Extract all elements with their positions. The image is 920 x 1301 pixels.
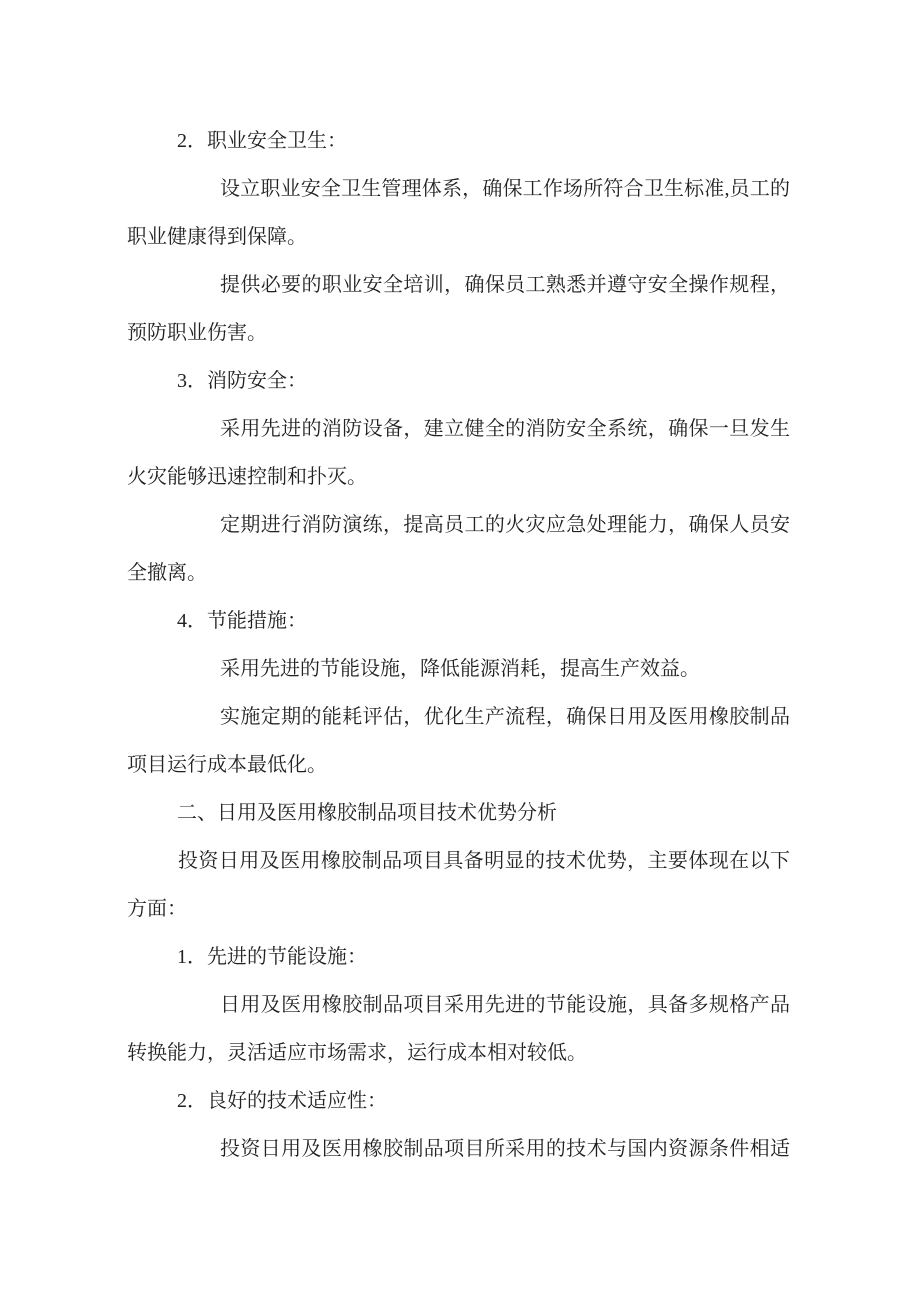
text-line: 投资日用及医用橡胶制品项目所采用的技术与国内资源条件相适: [127, 1125, 790, 1173]
text-line: 定期进行消防演练，提高员工的火灾应急处理能力，确保人员安: [127, 501, 790, 549]
document-text-block: 2．职业安全卫生：设立职业安全卫生管理体系，确保工作场所符合卫生标准,员工的职业…: [127, 117, 790, 1173]
text-line: 设立职业安全卫生管理体系，确保工作场所符合卫生标准,员工的: [127, 165, 790, 213]
text-line: 转换能力，灵活适应市场需求，运行成本相对较低。: [127, 1029, 790, 1077]
text-line: 3．消防安全：: [127, 357, 790, 405]
text-line: 采用先进的节能设施，降低能源消耗，提高生产效益。: [127, 645, 790, 693]
text-line: 4．节能措施：: [127, 597, 790, 645]
document-page: 2．职业安全卫生：设立职业安全卫生管理体系，确保工作场所符合卫生标准,员工的职业…: [0, 0, 920, 1301]
text-line: 全撤离。: [127, 549, 790, 597]
text-line: 提供必要的职业安全培训，确保员工熟悉并遵守安全操作规程，: [127, 261, 790, 309]
text-line: 职业健康得到保障。: [127, 213, 790, 261]
text-line: 实施定期的能耗评估，优化生产流程，确保日用及医用橡胶制品: [127, 693, 790, 741]
text-line: 2．职业安全卫生：: [127, 117, 790, 165]
text-line: 日用及医用橡胶制品项目采用先进的节能设施，具备多规格产品: [127, 981, 790, 1029]
text-line: 方面：: [127, 885, 790, 933]
text-line: 项目运行成本最低化。: [127, 741, 790, 789]
text-line: 2．良好的技术适应性：: [127, 1077, 790, 1125]
text-line: 采用先进的消防设备，建立健全的消防安全系统，确保一旦发生: [127, 405, 790, 453]
text-line: 预防职业伤害。: [127, 309, 790, 357]
text-line: 投资日用及医用橡胶制品项目具备明显的技术优势，主要体现在以下: [127, 837, 790, 885]
text-line: 火灾能够迅速控制和扑灭。: [127, 453, 790, 501]
text-line: 二、日用及医用橡胶制品项目技术优势分析: [127, 789, 790, 837]
text-line: 1．先进的节能设施：: [127, 933, 790, 981]
